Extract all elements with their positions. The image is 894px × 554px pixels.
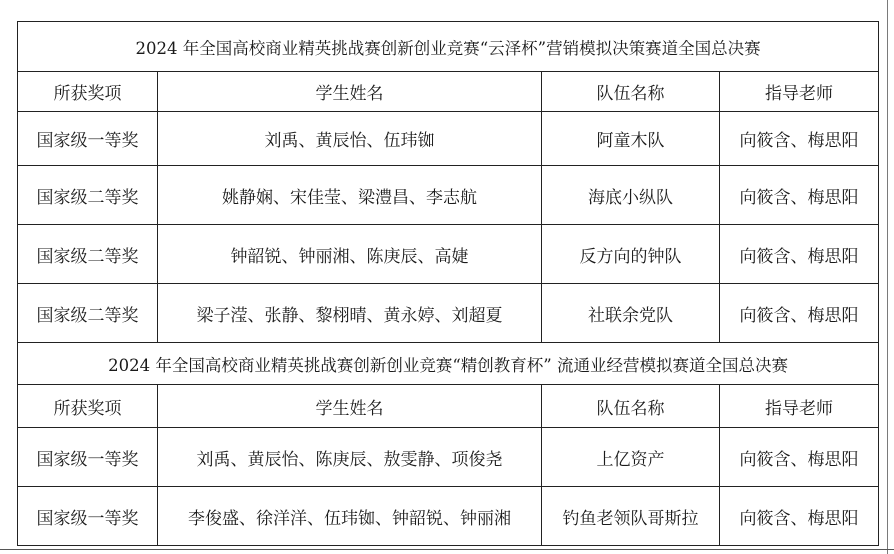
advisors-cell: 向筱含、梅思阳 — [720, 166, 879, 225]
award-cell: 国家级二等奖 — [18, 284, 158, 343]
advisors-cell: 向筱含、梅思阳 — [720, 112, 879, 166]
advisors-cell: 向筱含、梅思阳 — [720, 225, 879, 284]
header-award: 所获奖项 — [18, 385, 158, 428]
students-cell: 钟韶锐、钟丽湘、陈庚辰、高婕 — [158, 225, 542, 284]
award-cell: 国家级一等奖 — [18, 487, 158, 546]
students-cell: 刘禹、黄辰怡、伍玮铷 — [158, 112, 542, 166]
table-row: 国家级一等奖 李俊盛、徐洋洋、伍玮铷、钟韶锐、钟丽湘 钓鱼老领队哥斯拉 向筱含、… — [18, 487, 879, 546]
header-award: 所获奖项 — [18, 72, 158, 112]
students-cell: 梁子滢、张静、黎栩晴、黄永婷、刘超夏 — [158, 284, 542, 343]
award-cell: 国家级二等奖 — [18, 225, 158, 284]
table-row: 国家级二等奖 梁子滢、张静、黎栩晴、黄永婷、刘超夏 社联余党队 向筱含、梅思阳 — [18, 284, 879, 343]
header-team: 队伍名称 — [542, 385, 720, 428]
section-title: 2024 年全国高校商业精英挑战赛创新创业竞赛“云泽杯”营销模拟决策赛道全国总决… — [18, 22, 879, 72]
header-advisors: 指导老师 — [720, 385, 879, 428]
advisors-cell: 向筱含、梅思阳 — [720, 428, 879, 487]
section-title-row: 2024 年全国高校商业精英挑战赛创新创业竞赛“精创教育杯” 流通业经营模拟赛道… — [18, 343, 879, 385]
header-advisors: 指导老师 — [720, 72, 879, 112]
team-cell: 阿童木队 — [542, 112, 720, 166]
header-row: 所获奖项 学生姓名 队伍名称 指导老师 — [18, 72, 879, 112]
page-edge-right — [887, 0, 888, 554]
team-cell: 上亿资产 — [542, 428, 720, 487]
section-title-row: 2024 年全国高校商业精英挑战赛创新创业竞赛“云泽杯”营销模拟决策赛道全国总决… — [18, 22, 879, 72]
advisors-cell: 向筱含、梅思阳 — [720, 487, 879, 546]
table-row: 国家级一等奖 刘禹、黄辰怡、陈庚辰、敖雯静、项俊尧 上亿资产 向筱含、梅思阳 — [18, 428, 879, 487]
award-cell: 国家级一等奖 — [18, 428, 158, 487]
table-row: 国家级二等奖 姚静娴、宋佳莹、梁澧昌、李志航 海底小纵队 向筱含、梅思阳 — [18, 166, 879, 225]
students-cell: 李俊盛、徐洋洋、伍玮铷、钟韶锐、钟丽湘 — [158, 487, 542, 546]
page-edge-bottom — [0, 549, 894, 550]
table-row: 国家级二等奖 钟韶锐、钟丽湘、陈庚辰、高婕 反方向的钟队 向筱含、梅思阳 — [18, 225, 879, 284]
section-title: 2024 年全国高校商业精英挑战赛创新创业竞赛“精创教育杯” 流通业经营模拟赛道… — [18, 343, 879, 385]
team-cell: 钓鱼老领队哥斯拉 — [542, 487, 720, 546]
header-students: 学生姓名 — [158, 385, 542, 428]
award-cell: 国家级一等奖 — [18, 112, 158, 166]
header-team: 队伍名称 — [542, 72, 720, 112]
table-row: 国家级一等奖 刘禹、黄辰怡、伍玮铷 阿童木队 向筱含、梅思阳 — [18, 112, 879, 166]
header-row: 所获奖项 学生姓名 队伍名称 指导老师 — [18, 385, 879, 428]
students-cell: 刘禹、黄辰怡、陈庚辰、敖雯静、项俊尧 — [158, 428, 542, 487]
team-cell: 社联余党队 — [542, 284, 720, 343]
team-cell: 反方向的钟队 — [542, 225, 720, 284]
awards-table: 2024 年全国高校商业精英挑战赛创新创业竞赛“云泽杯”营销模拟决策赛道全国总决… — [17, 21, 879, 546]
header-students: 学生姓名 — [158, 72, 542, 112]
team-cell: 海底小纵队 — [542, 166, 720, 225]
students-cell: 姚静娴、宋佳莹、梁澧昌、李志航 — [158, 166, 542, 225]
award-cell: 国家级二等奖 — [18, 166, 158, 225]
advisors-cell: 向筱含、梅思阳 — [720, 284, 879, 343]
